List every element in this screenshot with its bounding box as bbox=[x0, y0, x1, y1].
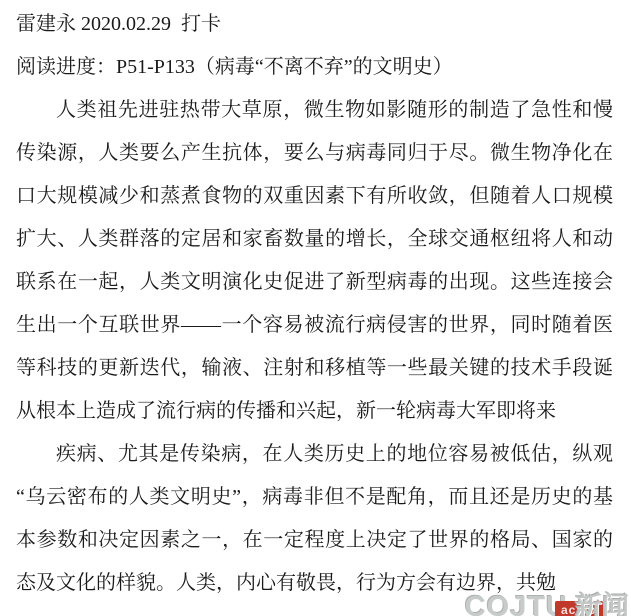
paragraph1-line: 传染源，人类要么产生抗体，要么与病毒同归于尽。微生物净化在人 bbox=[16, 132, 613, 175]
checkin-header: 雷建永 2020.02.29 打卡 bbox=[16, 3, 613, 46]
paragraph1-line: 从根本上造成了流行病的传播和兴起，新一轮病毒大军即将来袭。。。 bbox=[16, 390, 613, 433]
paragraph1-line: 人类祖先进驻热带大草原，微生物如影随形的制造了急性和慢性 bbox=[16, 89, 613, 132]
paragraph1-line: 等科技的更新迭代，输液、注射和移植等一些最关键的技术手段诞生 bbox=[16, 347, 613, 390]
paragraph1-line: 联系在一起，人类文明演化史促进了新型病毒的出现。这些连接会催 bbox=[16, 261, 613, 304]
paragraph2-line: 疾病、尤其是传染病，在人类历史上的地位容易被低估，纵观 bbox=[16, 433, 613, 476]
reading-progress: 阅读进度：P51-P133（病毒“不离不弃”的文明史） bbox=[16, 46, 613, 89]
paragraph1-line: 生出一个互联世界——一个容易被流行病侵害的世界，同时随着医疗 bbox=[16, 304, 613, 347]
reading-note: 雷建永 2020.02.29 打卡 阅读进度：P51-P133（病毒“不离不弃”… bbox=[0, 0, 631, 605]
document-page: 雷建永 2020.02.29 打卡 阅读进度：P51-P133（病毒“不离不弃”… bbox=[0, 0, 631, 616]
paragraph2-line: “乌云密布的人类文明史”，病毒非但不是配角，而且还是历史的基 bbox=[16, 476, 613, 519]
paragraph1-line: 扩大、人类群落的定居和家畜数量的增长，全球交通枢纽将人和动物 bbox=[16, 218, 613, 261]
paragraph2-line: 本参数和决定因素之一，在一定程度上决定了世界的格局、国家的形 bbox=[16, 519, 613, 562]
paragraph2-line: 态及文化的样貌。人类，内心有敬畏，行为方会有边界，共勉 bbox=[16, 562, 613, 605]
paragraph1-line: 口大规模减少和蒸煮食物的双重因素下有所收敛，但随着人口规模的 bbox=[16, 175, 613, 218]
